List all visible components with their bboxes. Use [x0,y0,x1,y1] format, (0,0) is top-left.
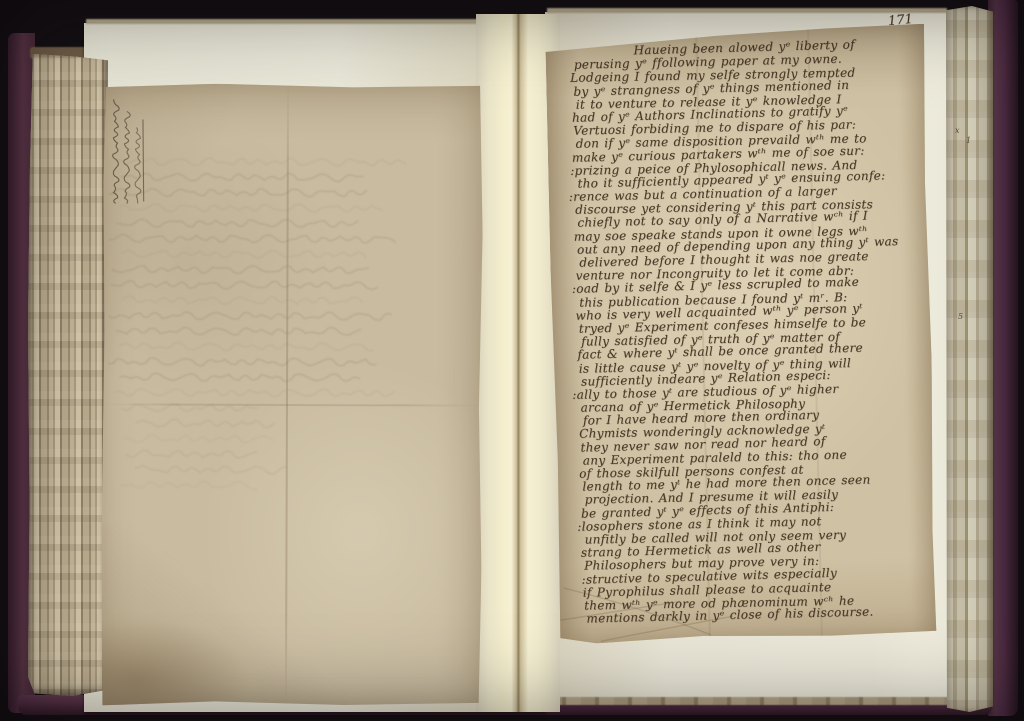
folio-number: 171 [887,12,913,29]
ink-show-through-text [107,149,479,584]
page-edges-left-stack [28,54,108,696]
page-edges-right-stack [946,6,993,712]
manuscript-leaf-left-blank-verso [101,83,483,706]
vertical-annotation [108,89,148,209]
photograph-background: x15 Haueing been alowed yᵉ liberty ofper… [0,0,1024,721]
fore-edge-mark: x [955,126,960,135]
fore-edge-mark: 5 [958,312,963,321]
album-page-top-edge-right [547,8,947,13]
fore-edge-mark: 1 [966,136,971,145]
album-page-bottom-edge-right [548,697,972,705]
manuscript-text-block: Haueing been alowed yᵉ liberty ofperusin… [571,38,930,626]
manuscript-leaf-right-recto: Haueing been alowed yᵉ liberty ofperusin… [545,24,938,644]
